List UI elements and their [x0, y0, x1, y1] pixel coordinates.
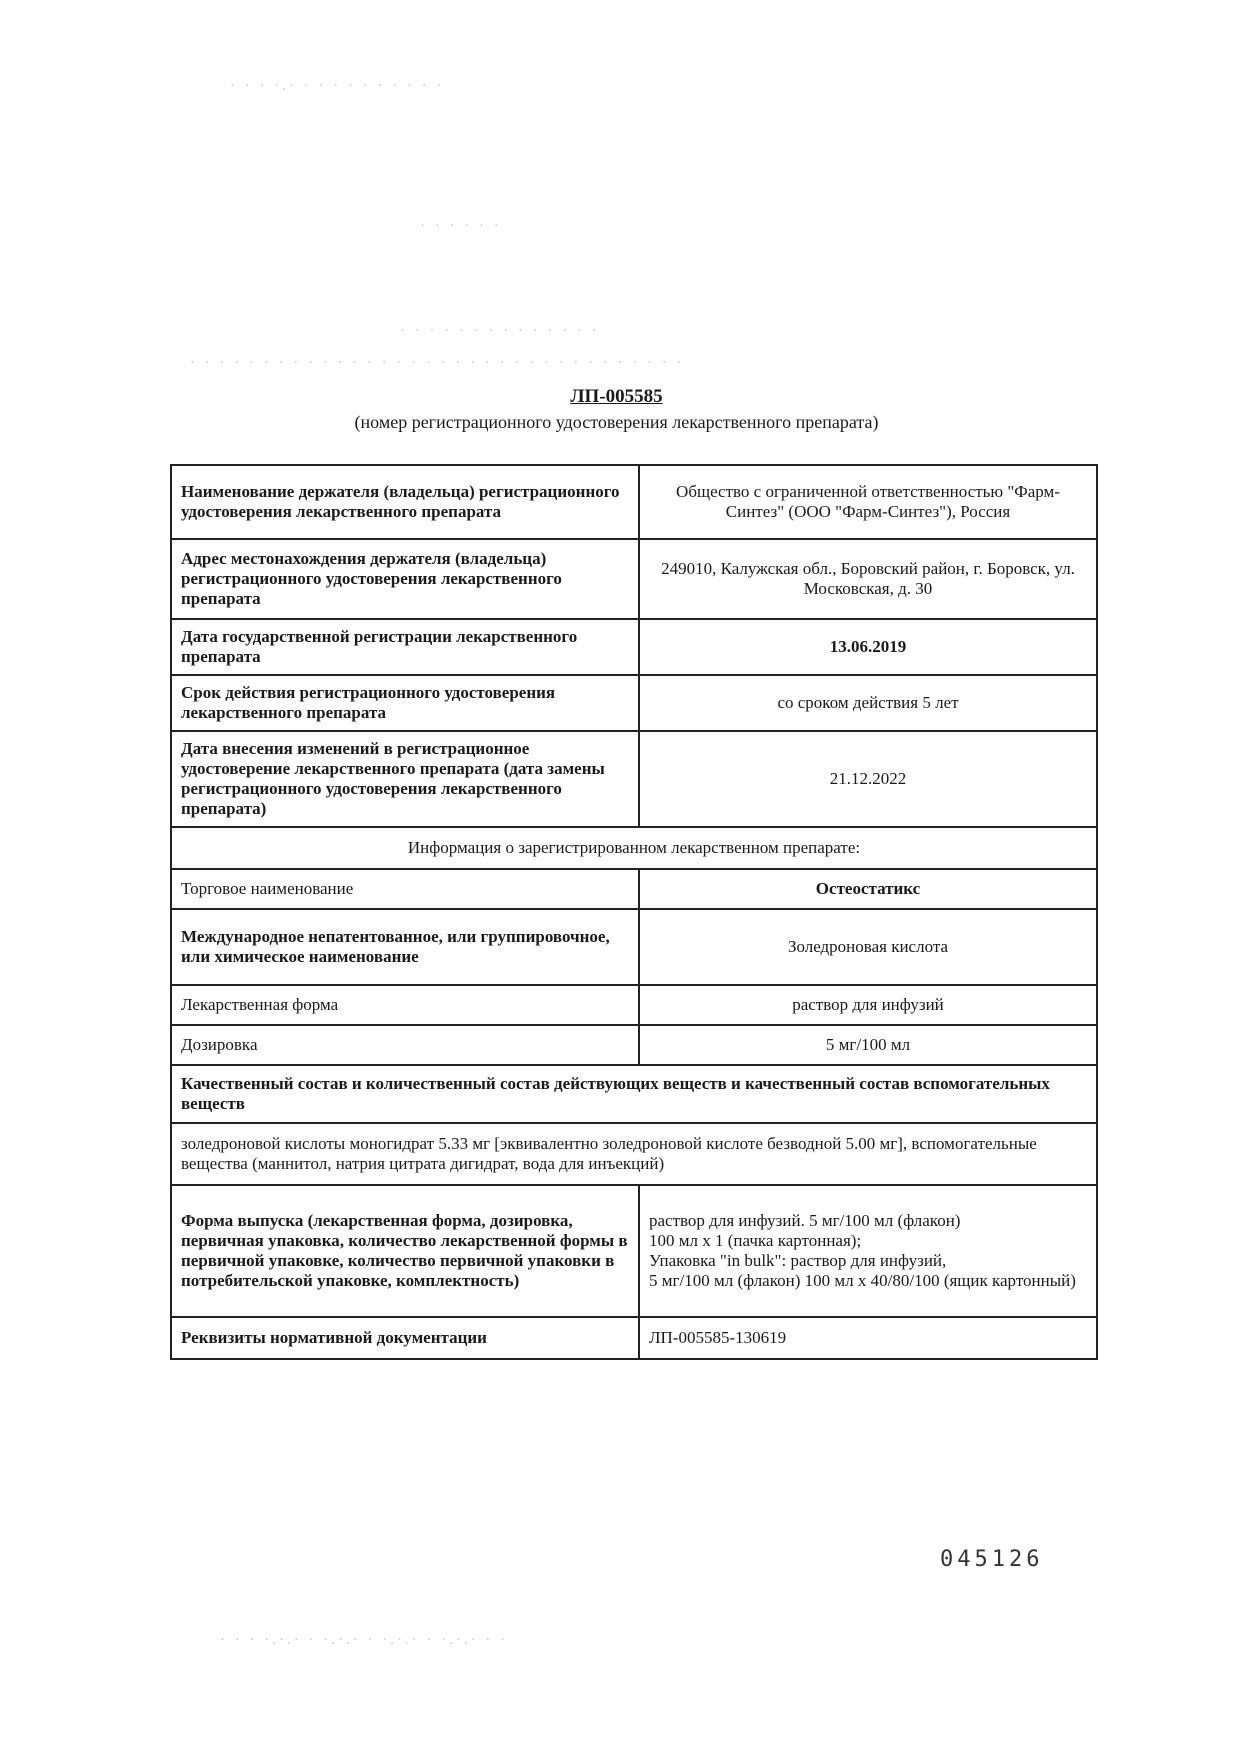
release-form-line: 5 мг/100 мл (флакон) 100 мл x 40/80/100 … — [649, 1271, 1087, 1291]
composition-header: Качественный состав и количественный сос… — [171, 1065, 1097, 1123]
faded-header-line-2: · · · · · · — [420, 218, 502, 235]
table-row: Форма выпуска (лекарственная форма, дози… — [171, 1185, 1097, 1317]
table-row: Дата внесения изменений в регистрационно… — [171, 731, 1097, 827]
table-row: Наименование держателя (владельца) регис… — [171, 465, 1097, 539]
faded-header-line-4: · · · · · · · · · · · · · · · · · · · · … — [190, 355, 685, 372]
footer-document-code: 045126 — [940, 1547, 1043, 1572]
registration-date-label: Дата государственной регистрации лекарст… — [171, 619, 639, 675]
table-row: Качественный состав и количественный сос… — [171, 1065, 1097, 1123]
table-row: Лекарственная форма раствор для инфузий — [171, 985, 1097, 1025]
amendment-date-label: Дата внесения изменений в регистрационно… — [171, 731, 639, 827]
holder-name-label: Наименование держателя (владельца) регис… — [171, 465, 639, 539]
table-row: Срок действия регистрационного удостовер… — [171, 675, 1097, 731]
composition-text: золедроновой кислоты моногидрат 5.33 мг … — [171, 1123, 1097, 1185]
dosage-value: 5 мг/100 мл — [639, 1025, 1097, 1065]
amendment-date-value: 21.12.2022 — [639, 731, 1097, 827]
table-row: Адрес местонахождения держателя (владель… — [171, 539, 1097, 619]
trade-name-value: Остеостатикс — [639, 869, 1097, 909]
normative-docs-label: Реквизиты нормативной документации — [171, 1317, 639, 1359]
release-form-line: Упаковка "in bulk": раствор для инфузий, — [649, 1251, 1087, 1271]
validity-label: Срок действия регистрационного удостовер… — [171, 675, 639, 731]
registration-caption: (номер регистрационного удостоверения ле… — [0, 412, 1233, 433]
registration-table: Наименование держателя (владельца) регис… — [170, 464, 1098, 1360]
trade-name-label: Торговое наименование — [171, 869, 639, 909]
release-form-value: раствор для инфузий. 5 мг/100 мл (флакон… — [639, 1185, 1097, 1317]
release-form-label: Форма выпуска (лекарственная форма, дози… — [171, 1185, 639, 1317]
release-form-line: 100 мл x 1 (пачка картонная); — [649, 1231, 1087, 1251]
validity-value: со сроком действия 5 лет — [639, 675, 1097, 731]
dosage-form-label: Лекарственная форма — [171, 985, 639, 1025]
info-header: Информация о зарегистрированном лекарств… — [171, 827, 1097, 869]
holder-address-value: 249010, Калужская обл., Боровский район,… — [639, 539, 1097, 619]
dosage-form-value: раствор для инфузий — [639, 985, 1097, 1025]
holder-address-label: Адрес местонахождения держателя (владель… — [171, 539, 639, 619]
inn-value: Золедроновая кислота — [639, 909, 1097, 985]
inn-label: Международное непатентованное, или групп… — [171, 909, 639, 985]
table-row: Информация о зарегистрированном лекарств… — [171, 827, 1097, 869]
registration-date-value: 13.06.2019 — [639, 619, 1097, 675]
table-row: Реквизиты нормативной документации ЛП-00… — [171, 1317, 1097, 1359]
dosage-label: Дозировка — [171, 1025, 639, 1065]
faded-footer-line: · · · ·.·.· · ·.·.· · ·.·.· · ·.·.· · · — [220, 1632, 508, 1649]
table-row: Торговое наименование Остеостатикс — [171, 869, 1097, 909]
release-form-line: раствор для инфузий. 5 мг/100 мл (флакон… — [649, 1211, 1087, 1231]
holder-name-value: Общество с ограниченной ответственностью… — [639, 465, 1097, 539]
normative-docs-value: ЛП-005585-130619 — [639, 1317, 1097, 1359]
table-row: Дата государственной регистрации лекарст… — [171, 619, 1097, 675]
faded-header-line-1: · · · ·.· · · · · · · · · · · — [230, 78, 444, 95]
table-row: Дозировка 5 мг/100 мл — [171, 1025, 1097, 1065]
table-row: Международное непатентованное, или групп… — [171, 909, 1097, 985]
faded-header-line-3: · · · · · · · · · · · · · · — [400, 323, 600, 340]
table-row: золедроновой кислоты моногидрат 5.33 мг … — [171, 1123, 1097, 1185]
registration-number: ЛП-005585 — [0, 386, 1233, 408]
